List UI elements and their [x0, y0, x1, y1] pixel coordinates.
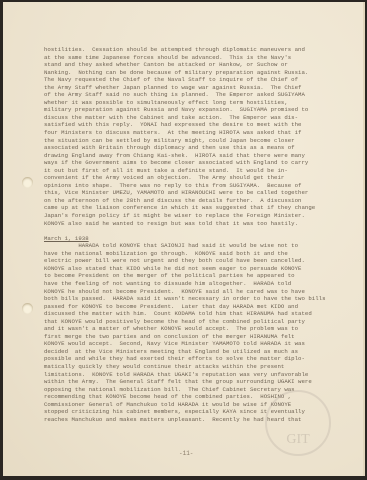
text-line: possible and while they had exerted thei… — [44, 355, 344, 363]
text-line: drawing England away from Chiang Kai-she… — [44, 152, 344, 160]
document-page: hostilities. Cessation should be attempt… — [3, 2, 365, 476]
text-line: whether it was possible to simultaneousl… — [44, 99, 344, 107]
text-line: the Army Staff whether Japan planned to … — [44, 84, 344, 92]
text-line: that KONOYE would positively become the … — [44, 318, 344, 326]
text-line: The Navy requested the Chief of the Nava… — [44, 76, 344, 84]
text-line: KONOYE also said he wanted to resign but… — [44, 220, 344, 228]
text-line: and it wasn't a matter of whether KONOYE… — [44, 325, 344, 333]
stamp-text: GIT — [286, 432, 309, 448]
text-line: limitations. KONOYE told HARADA that UGA… — [44, 371, 344, 379]
text-line: on the afternoon of the 28th and discuss… — [44, 197, 344, 205]
text-line: ways if the Government aims to become cl… — [44, 159, 344, 167]
text-line: associated with Britain through diplomac… — [44, 144, 344, 152]
text-line: discuss the matter with the Cabinet and … — [44, 114, 344, 122]
text-line: within the Army. The General Staff felt … — [44, 378, 344, 386]
text-line: at the same time Japanese forces should … — [44, 54, 344, 62]
text-line: convenient if the Army voiced an objecti… — [44, 174, 344, 182]
text-line: electric power bill were not urgent and … — [44, 257, 344, 265]
text-line: Nanking. Nothing can be done because of … — [44, 69, 344, 77]
typewritten-body: hostilities. Cessation should be attempt… — [44, 46, 344, 423]
paragraph-1: hostilities. Cessation should be attempt… — [44, 46, 344, 227]
text-line: first merge the two parties and on concl… — [44, 333, 344, 341]
text-line: both bills passed. HARADA said it wasn't… — [44, 295, 344, 303]
text-line: KONOYE would accept. Second, Navy Vice M… — [44, 340, 344, 348]
text-line: military preparation against Russia and … — [44, 106, 344, 114]
text-line: Japan's foreign policy if it might be wi… — [44, 212, 344, 220]
text-line: this, Vice Minister UMEZU, YAMAMOTO and … — [44, 189, 344, 197]
text-line: have the feeling of not wanting to dissu… — [44, 280, 344, 288]
text-line: four Ministers to discuss matters. At th… — [44, 129, 344, 137]
faded-stamp: GIT — [265, 390, 331, 456]
date-heading: March 1, 1938 — [44, 235, 344, 243]
text-line: have the national mobilization go throug… — [44, 250, 344, 258]
text-line: KONOYE also stated that KIDO while he di… — [44, 265, 344, 273]
text-line: to become President on the merger of the… — [44, 272, 344, 280]
punch-hole — [22, 177, 33, 188]
text-line: HARADA told KONOYE that SAIONJI had said… — [44, 242, 344, 250]
punch-hole — [22, 303, 33, 314]
text-line: matically quickly they would continue th… — [44, 363, 344, 371]
text-line: opinions into shape. There was no reply … — [44, 182, 344, 190]
text-line: hostilities. Cessation should be attempt… — [44, 46, 344, 54]
text-line: it out but first of all it must take a d… — [44, 167, 344, 175]
text-line: the situation can be settled by military… — [44, 137, 344, 145]
text-line: discussed the matter with him. Count KOD… — [44, 310, 344, 318]
text-line: of the Army Staff said no such thing is … — [44, 91, 344, 99]
text-line: came up at the liaison conference in whi… — [44, 204, 344, 212]
text-line: satisfied with this reply. YONAI had exp… — [44, 121, 344, 129]
text-line: KONOYE he should not become President. K… — [44, 288, 344, 296]
text-line: decided at the Vice Ministers meeting th… — [44, 348, 344, 356]
text-line: stand and they asked whether Canton be a… — [44, 61, 344, 69]
page-number: -11- — [179, 450, 193, 457]
text-line: passed for KONOYE to become President. L… — [44, 303, 344, 311]
